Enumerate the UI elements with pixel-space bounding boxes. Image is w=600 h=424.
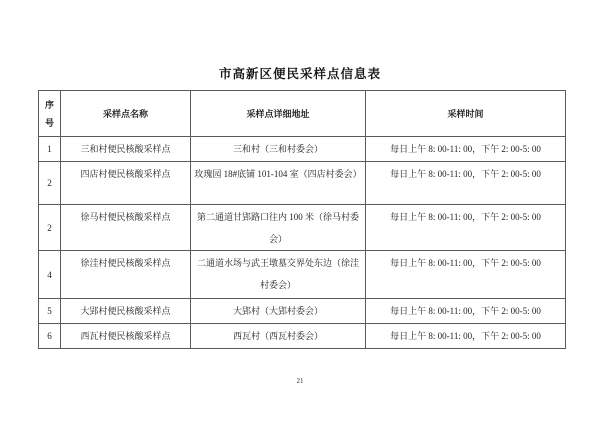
table-row: 6 西瓦村便民核酸采样点 西瓦村（西瓦村委会） 每日上午 8: 00-11: 0…: [39, 324, 566, 349]
header-row: 序号 采样点名称 采样点详细地址 采样时间: [39, 91, 566, 137]
cell-name: 三和村便民核酸采样点: [61, 137, 191, 162]
column-header-address: 采样点详细地址: [191, 91, 366, 137]
column-header-index: 序号: [39, 91, 61, 137]
table-row: 2 四店村便民核酸采样点 玫瑰园 18#底铺 101-104 室（四店村委会） …: [39, 162, 566, 205]
cell-name: 徐洼村便民核酸采样点: [61, 251, 191, 299]
cell-time: 每日上午 8: 00-11: 00，下午 2: 00-5: 00: [366, 324, 566, 349]
cell-name: 西瓦村便民核酸采样点: [61, 324, 191, 349]
table-row: 4 徐洼村便民核酸采样点 二通道水场与武王墩墓交界处东边（徐洼村委会） 每日上午…: [39, 251, 566, 299]
cell-index: 1: [39, 137, 61, 162]
cell-index: 5: [39, 299, 61, 324]
cell-time: 每日上午 8: 00-11: 00，下午 2: 00-5: 00: [366, 251, 566, 299]
cell-time: 每日上午 8: 00-11: 00，下午 2: 00-5: 00: [366, 299, 566, 324]
document-title: 市高新区便民采样点信息表: [0, 64, 600, 82]
cell-address: 第二通道甘郢路口往内 100 米（徐马村委会）: [191, 205, 366, 251]
table-header: 序号 采样点名称 采样点详细地址 采样时间: [39, 91, 566, 137]
cell-address: 大郢村（大郢村委会）: [191, 299, 366, 324]
cell-name: 大郢村便民核酸采样点: [61, 299, 191, 324]
cell-address: 三和村（三和村委会）: [191, 137, 366, 162]
sampling-points-table: 序号 采样点名称 采样点详细地址 采样时间 1 三和村便民核酸采样点 三和村（三…: [38, 90, 566, 349]
page-number: 21: [0, 377, 600, 385]
cell-index: 4: [39, 251, 61, 299]
cell-address: 西瓦村（西瓦村委会）: [191, 324, 366, 349]
document-page: 市高新区便民采样点信息表 序号 采样点名称 采样点详细地址 采样时间 1 三和村…: [0, 0, 600, 424]
cell-address: 玫瑰园 18#底铺 101-104 室（四店村委会）: [191, 162, 366, 205]
cell-index: 6: [39, 324, 61, 349]
cell-time: 每日上午 8: 00-11: 00，下午 2: 00-5: 00: [366, 205, 566, 251]
cell-index: 2: [39, 205, 61, 251]
cell-index: 2: [39, 162, 61, 205]
cell-time: 每日上午 8: 00-11: 00，下午 2: 00-5: 00: [366, 137, 566, 162]
table-row: 2 徐马村便民核酸采样点 第二通道甘郢路口往内 100 米（徐马村委会） 每日上…: [39, 205, 566, 251]
table-row: 5 大郢村便民核酸采样点 大郢村（大郢村委会） 每日上午 8: 00-11: 0…: [39, 299, 566, 324]
cell-name: 徐马村便民核酸采样点: [61, 205, 191, 251]
column-header-name: 采样点名称: [61, 91, 191, 137]
column-header-time: 采样时间: [366, 91, 566, 137]
cell-address: 二通道水场与武王墩墓交界处东边（徐洼村委会）: [191, 251, 366, 299]
cell-name: 四店村便民核酸采样点: [61, 162, 191, 205]
table-row: 1 三和村便民核酸采样点 三和村（三和村委会） 每日上午 8: 00-11: 0…: [39, 137, 566, 162]
cell-time: 每日上午 8: 00-11: 00，下午 2: 00-5: 00: [366, 162, 566, 205]
table-body: 1 三和村便民核酸采样点 三和村（三和村委会） 每日上午 8: 00-11: 0…: [39, 137, 566, 349]
